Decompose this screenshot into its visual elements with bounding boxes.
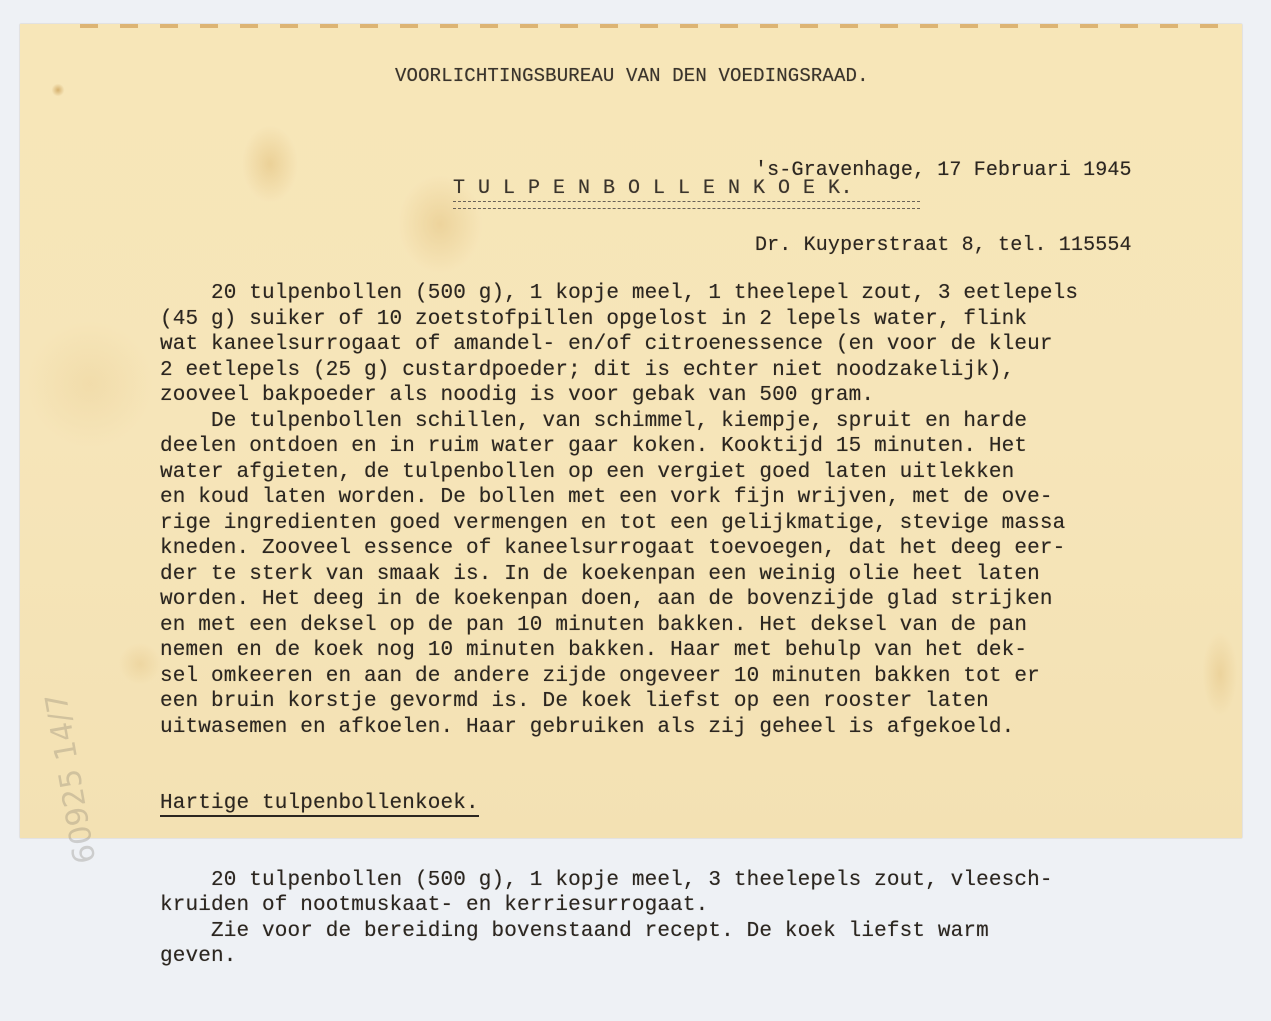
pencil-annotation: 60925 14/7 — [39, 690, 103, 859]
text-line: deelen ontdoen en in ruim water gaar kok… — [160, 434, 1078, 460]
recipe-title: T U L P E N B O L L E N K O E K. — [453, 176, 853, 202]
text-line: water afgieten, de tulpenbollen op een v… — [160, 460, 1078, 486]
organization-header: VOORLICHTINGSBUREAU VAN DEN VOEDINGSRAAD… — [395, 64, 869, 90]
text-line: 2 eetlepels (25 g) custardpoeder; dit is… — [160, 358, 1078, 384]
text-line: nemen en de koek nog 10 minuten bakken. … — [160, 638, 1078, 664]
text-line: en met een deksel op de pan 10 minuten b… — [160, 613, 1078, 639]
text-line: uitwasemen en afkoelen. Haar gebruiken a… — [160, 715, 1078, 741]
text-line: rige ingredienten goed vermengen en tot … — [160, 511, 1078, 537]
rust-stain-edge — [80, 24, 1222, 28]
text-line: (45 g) suiker of 10 zoetstofpillen opgel… — [160, 307, 1078, 333]
document-page: VOORLICHTINGSBUREAU VAN DEN VOEDINGSRAAD… — [20, 24, 1242, 838]
text-line: en koud laten worden. De bollen met een … — [160, 485, 1078, 511]
text-line: worden. Het deeg in de koekenpan doen, a… — [160, 587, 1078, 613]
text-line: kneden. Zooveel essence of kaneelsurroga… — [160, 536, 1078, 562]
text-line: der te sterk van smaak is. In de koekenp… — [160, 562, 1078, 588]
text-line: zooveel bakpoeder als noodig is voor geb… — [160, 383, 1078, 409]
recipe-2-heading: Hartige tulpenbollenkoek. — [160, 793, 479, 817]
text-line: 20 tulpenbollen (500 g), 1 kopje meel, 1… — [160, 281, 1078, 307]
recipe-1-text: 20 tulpenbollen (500 g), 1 kopje meel, 1… — [160, 281, 1078, 740]
title-double-underline — [453, 201, 920, 209]
recipe-2-heading-line: Hartige tulpenbollenkoek. — [160, 791, 1078, 817]
text-line: een bruin korstje gevormd is. De koek li… — [160, 689, 1078, 715]
text-line: De tulpenbollen schillen, van schimmel, … — [160, 409, 1078, 435]
text-line: sel omkeeren en aan de andere zijde onge… — [160, 664, 1078, 690]
text-line: wat kaneelsurrogaat of amandel- en/of ci… — [160, 332, 1078, 358]
recipe-body: 20 tulpenbollen (500 g), 1 kopje meel, 1… — [160, 230, 1078, 859]
